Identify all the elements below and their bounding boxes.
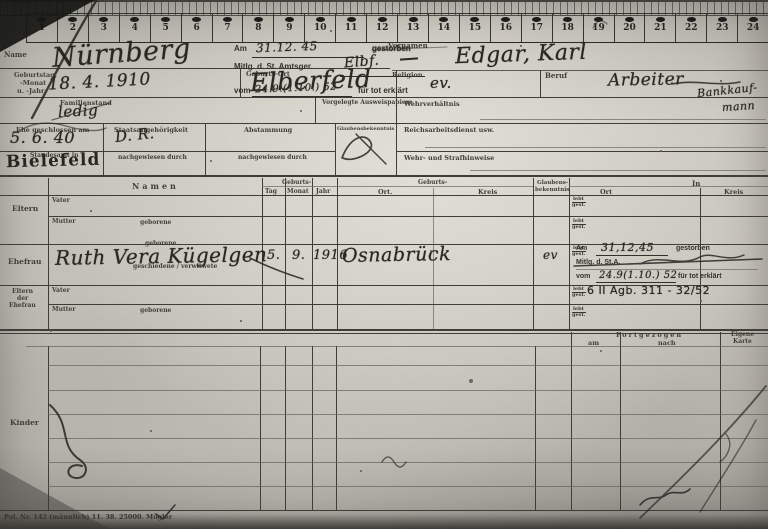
marital-status-handwriting: ledig — [58, 101, 99, 121]
wife-birthplace-handwriting: Osnabrück — [342, 243, 451, 267]
punch-cell: 22 — [675, 14, 706, 42]
writing-line — [425, 147, 766, 148]
own-card-header-1: Eigene — [731, 331, 754, 338]
punch-cell: 12 — [366, 14, 397, 42]
wife-death-date-handwriting: 31,12,45 — [601, 241, 654, 254]
grid-line — [700, 188, 701, 329]
punch-number: 14 — [429, 23, 459, 33]
punch-number: 6 — [182, 23, 212, 33]
stamp2-erklaert-label: für tot erklärt — [678, 273, 722, 280]
col-in-district-header: Kreis — [724, 188, 743, 196]
group-children-label: Kinder — [10, 418, 39, 427]
col-in-header: In — [692, 179, 700, 188]
grid-line — [533, 178, 534, 329]
stamp2-vom-label: vom — [576, 273, 590, 280]
birthplace-handwriting: Elberfeld — [250, 64, 372, 97]
col-year-header: Jahr — [316, 188, 330, 195]
wife-name-handwriting: Ruth Vera Kügelgen — [55, 242, 268, 270]
grid-line — [720, 332, 721, 510]
punch-number: 22 — [676, 23, 706, 33]
row-line — [48, 365, 768, 366]
case-number-handwriting: 6 II Agb. 311 - 32/52 — [587, 284, 710, 297]
punch-cell: 10 — [304, 14, 335, 42]
profession-label: Beruf — [545, 71, 567, 80]
stamp-am-label: Am — [234, 44, 247, 53]
col-district-header: Kreis — [478, 188, 497, 196]
col-creed-header-2: bekenntnis — [535, 187, 569, 193]
profession-handwriting: Arbeiter — [608, 69, 684, 90]
punch-number: 11 — [336, 23, 366, 33]
death-date-handwriting: 31.12. 45 — [256, 39, 318, 55]
stamp-underline — [596, 255, 668, 256]
punch-number: 19 — [584, 23, 614, 33]
grid-line — [571, 332, 572, 510]
punch-number: 4 — [120, 23, 150, 33]
row-line — [48, 390, 768, 391]
mother-row-label: Mutter — [52, 218, 76, 225]
grid-line — [392, 70, 768, 71]
grid-line — [26, 346, 768, 347]
nee-label: geborene — [140, 219, 171, 226]
group-wife-parents-label-3: Ehefrau — [9, 302, 36, 309]
punch-cell: 8 — [242, 14, 273, 42]
grid-line — [396, 151, 768, 152]
punch-number: 24 — [738, 23, 768, 33]
grid-line — [285, 178, 286, 329]
grid-line — [205, 123, 206, 175]
grid-line — [0, 97, 768, 98]
stamp-vom-label: vom — [234, 86, 250, 95]
col-creed-header-1: Glaubens- — [537, 180, 568, 186]
grid-line — [620, 332, 621, 510]
grid-line — [0, 175, 768, 177]
moved-away-header: Fortgezogen — [616, 331, 683, 339]
punch-number: 10 — [305, 23, 335, 33]
grid-line — [315, 97, 316, 123]
birthdate-label-3: u. -Jahr — [17, 87, 44, 95]
col-names-header: Namen — [132, 181, 179, 191]
gest-label: gest. — [572, 293, 586, 298]
creed-label: Glaubensbekenntnis — [337, 126, 394, 132]
wife-mother-nee-label: geborene — [140, 307, 171, 314]
grid-line — [569, 178, 570, 329]
row-line — [48, 438, 768, 439]
lives-died-label: lebtgest. — [572, 219, 586, 230]
punch-number: 17 — [522, 23, 552, 33]
stamp2-mitlg-label: Mitlg. d. St.A. — [576, 259, 620, 266]
punch-number: 23 — [707, 23, 737, 33]
writing-line — [470, 170, 766, 171]
punch-cell: 13 — [397, 14, 428, 42]
wife-birth-day-handwriting: 5. — [267, 248, 280, 263]
punch-number: 18 — [553, 23, 583, 33]
punch-cell: 23 — [706, 14, 737, 42]
punch-number: 3 — [89, 23, 119, 33]
punch-number: 2 — [58, 23, 88, 33]
punch-number: 12 — [367, 23, 397, 33]
grid-line — [335, 123, 336, 175]
citizenship-proof-label: nachgewiesen durch — [118, 154, 187, 161]
punch-number: 15 — [460, 23, 490, 33]
grid-line — [540, 70, 541, 97]
military-penal-label: Wehr- und Strafhinweise — [404, 154, 494, 162]
grid-line — [48, 216, 768, 217]
punch-number: 16 — [491, 23, 521, 33]
row-line — [48, 462, 768, 463]
grid-line — [0, 123, 768, 124]
father-row-label: Vater — [52, 197, 70, 204]
lives-died-label: lebtgest. — [572, 287, 586, 298]
grid-line — [569, 186, 768, 187]
col-birth-group2-header: Geburts- — [418, 179, 447, 186]
name-label: Name — [4, 50, 27, 59]
descent-proof-label: nachgewiesen durch — [238, 154, 307, 161]
grid-line — [103, 123, 104, 175]
row-line — [48, 414, 768, 415]
own-card-header-2: Karte — [733, 338, 752, 345]
grid-line — [48, 304, 768, 305]
punch-cell: 7 — [212, 14, 243, 42]
punch-cell: 9 — [273, 14, 304, 42]
punch-number: 21 — [645, 23, 675, 33]
wife-declared-dead-date-handwriting: 24.9(1.10.) 52 — [599, 270, 677, 281]
citizenship-handwriting: D. R. — [114, 124, 155, 146]
grid-line — [0, 510, 768, 511]
col-in-place-header: Ort — [600, 188, 612, 196]
punch-cell: 18 — [552, 14, 583, 42]
descent-label: Abstammung — [244, 126, 292, 134]
stamp-underline — [596, 282, 676, 283]
col-place-header: Ort. — [378, 188, 392, 196]
id-papers-label: Vorgelegte Ausweispapiere — [322, 99, 413, 106]
punch-cell: 19 — [583, 14, 614, 42]
registry-office-stamp: Bielefeld — [6, 150, 101, 172]
punch-cell: 20 — [614, 14, 645, 42]
profession-added-handwriting-2: mann — [722, 99, 756, 114]
birthdate-label-2: -Monat — [20, 79, 46, 87]
stamp2-am-label: Am — [576, 245, 587, 252]
dash-mark — [400, 57, 418, 60]
punch-cell: 17 — [521, 14, 552, 42]
registration-card: 1 2 3 4 5 6 7 8 9 10 11 12 13 14 15 16 1… — [0, 0, 768, 529]
punch-cell: 21 — [644, 14, 675, 42]
punch-cell: 15 — [459, 14, 490, 42]
labor-service-label: Reichsarbeitsdienst usw. — [404, 126, 494, 134]
punch-number: 5 — [151, 23, 181, 33]
grid-line — [262, 186, 533, 187]
birthdate-handwriting: 18. 4. 1910 — [48, 69, 152, 94]
punch-cell: 11 — [335, 14, 366, 42]
col-month-header: Monat — [287, 188, 309, 195]
group-wife-parents-label-2: der — [17, 295, 28, 302]
firstnames-handwriting: Edgar, Karl — [455, 40, 588, 70]
group-wife-parents-label-1: Eltern — [12, 288, 33, 295]
punch-number: 20 — [615, 23, 645, 33]
punch-number: 13 — [398, 23, 428, 33]
military-status-label: Wehrverhältnis — [404, 100, 460, 108]
stamp2-gestorben-label: gestorben — [676, 245, 710, 252]
gest-label: gest. — [572, 225, 586, 230]
wife-father-row-label: Vater — [52, 287, 70, 294]
punch-number: 8 — [243, 23, 273, 33]
punch-number: 9 — [274, 23, 304, 33]
punch-cell: 14 — [428, 14, 459, 42]
gest-label: gest. — [572, 252, 586, 257]
punch-cell: 16 — [490, 14, 521, 42]
punch-cell: 24 — [737, 14, 768, 42]
wife-mother-row-label: Mutter — [52, 306, 76, 313]
group-wife-label: Ehefrau — [8, 257, 41, 266]
gest-label: gest. — [572, 313, 586, 318]
wife-creed-handwriting: ev — [543, 248, 558, 262]
col-day-header: Tag — [265, 188, 277, 195]
col-birth-group-header: Geburts- — [282, 179, 311, 186]
scan-edge-shadow — [0, 514, 768, 529]
writing-line — [480, 119, 766, 120]
marriage-date-handwriting: 5. 6. 40 — [10, 128, 75, 147]
gest-label: gest. — [572, 203, 586, 208]
lives-died-label: lebtgest. — [572, 197, 586, 208]
religion-handwriting: ev. — [430, 74, 452, 92]
wife-birth-year-handwriting: 1916 — [313, 248, 348, 263]
group-parents-label: Eltern — [12, 204, 38, 213]
lives-died-label: lebtgest. — [572, 307, 586, 318]
wife-birth-month-handwriting: 9. — [292, 248, 305, 263]
religion-label: Religion — [392, 71, 423, 79]
grid-line — [48, 178, 49, 329]
punch-number: 7 — [213, 23, 243, 33]
row-line — [48, 486, 768, 487]
